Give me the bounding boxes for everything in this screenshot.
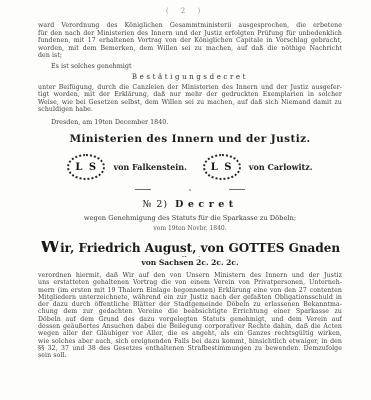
seal-ls-icon: L S [203,154,241,180]
decree-body-line: Mitgliedern unterzeichnete, während ein … [38,294,342,301]
paragraph-line: fundenen, mit 17 erhaltenen Vortrag von … [38,37,342,45]
section-divider [38,188,342,192]
seals-row: L S von Falkenstein. L S von Carlowitz. [38,154,342,181]
paragraph-line: Weise, wie bei Gesetzen selbst, dem Will… [38,99,342,107]
signature-right: von Carlowitz. [249,162,313,172]
decree-body-line: Döbeln auf dem Grund des dazu vorgelegte… [38,316,342,323]
scanned-document-page: ( 2 ) ward Verordnung des Königlichen Ge… [0,0,371,400]
royal-territory: von Sachsen 2c. 2c. 2c. [38,258,342,267]
divider-dash [229,189,245,190]
page-content: ward Verordnung des Königlichen Gesammtm… [38,22,342,360]
decree-body-line: dessen geäußertes Ansuchen dabei die Bei… [38,323,342,330]
decree-body-line: verordnen hiermit, daß Wir auf den von U… [38,272,342,279]
decree-heading: № 2)Decret [38,199,342,211]
decree-body-line: mern (im ersten mit 19 Thalern Einlage b… [38,287,342,294]
dateline: Dresden, am 19ten December 1840. [38,118,342,126]
divider-dot [189,189,191,191]
paragraph-line: schuldigen habe. [38,106,342,114]
decree-closing-heading: Bestätigungsdecret [38,73,342,81]
paragraph-line: worden, mit dem Bemerken, dem Willen sei… [38,45,342,53]
page-number: ( 2 ) [0,0,371,15]
decree-date: vom 19ten Novbr. 1840. [38,225,342,233]
decree-body: verordnen hiermit, daß Wir auf den von U… [38,272,342,360]
decree-body-line: §§ 32, 37 und 38 des Gesetzes enthaltene… [38,345,342,352]
decree-body-line: chung dem zur gedachten Vereine die beab… [38,308,342,315]
decree-subject: wegen Genehmigung des Statuts für die Sp… [38,214,342,223]
paragraph-line: den ist; [38,52,342,60]
royal-salutation-line: Wir, Friedrich August, von GOTTES Gnaden… [38,241,342,257]
publication-paragraph: unter Beifügung, durch die Canzleien der… [38,84,342,114]
decree-body-line: uns erstatteten gehaltenen Vortrag die v… [38,279,342,286]
paragraph-line: für den nach der Ministerien des Innern … [38,30,342,38]
royal-salutation: Wir, Friedrich August, von GOTTES Gnaden… [38,241,342,257]
closing-paragraph: ward Verordnung des Königlichen Gesammtm… [38,22,342,60]
decree-body-line: der dazu durch öffentliche Blätter der S… [38,301,342,308]
paragraph-line: tigt worden, mit der Erklärung, daß nur … [38,91,342,99]
ministries-heading: Ministerien des Innern und der Justiz. [38,133,342,146]
decree-number: № 2) [142,199,168,210]
divider-dash [135,189,151,190]
decree-body-line: sein soll. [38,352,342,359]
paragraph-line: unter Beifügung, durch die Canzleien der… [38,84,342,92]
decree-body-line: wie solches aber auch, sich ereignenden … [38,338,342,345]
seal-ls-icon: L S [67,154,105,180]
paragraph-line: ward Verordnung des Königlichen Gesammtm… [38,22,342,30]
signature-left: von Falkenstein. [113,162,186,172]
decree-title: Decret [175,199,238,210]
decree-body-line: wegen aller der Gläubiger vor Aller, die… [38,330,342,337]
approval-line: Es ist solches genehmigt [38,62,342,70]
